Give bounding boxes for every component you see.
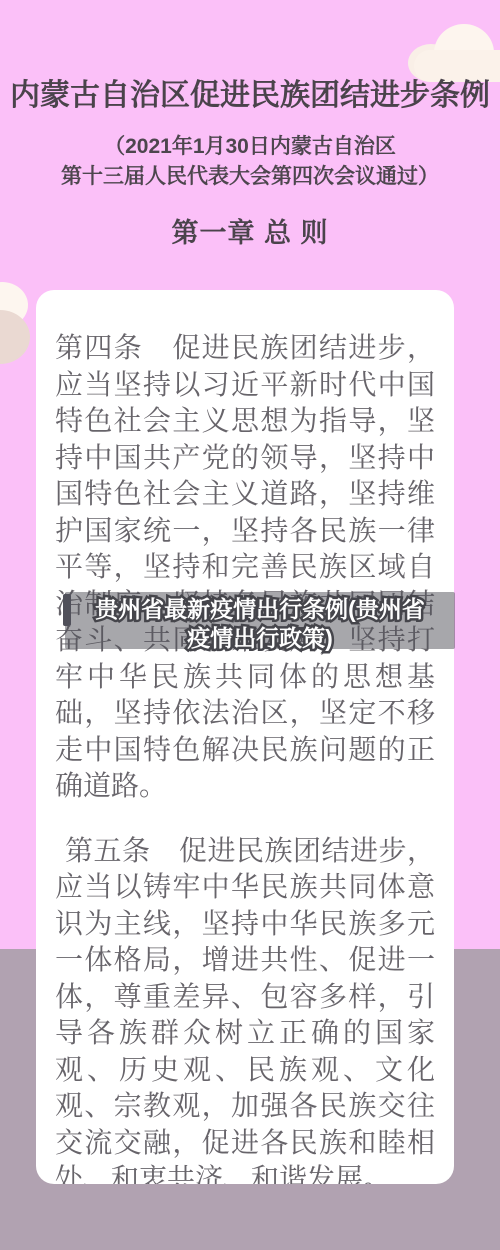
document-subtitle: （2021年1月30日内蒙古自治区 第十三届人民代表大会第四次会议通过） bbox=[0, 132, 500, 192]
cloud-puff bbox=[0, 310, 30, 364]
article-page: 内蒙古自治区促进民族团结进步条例 （2021年1月30日内蒙古自治区 第十三届人… bbox=[0, 0, 500, 1250]
article-paragraph: 第五条 促进民族团结进步，应当以铸牢中华民族共同体意识为主线，坚持中华民族多元一… bbox=[55, 833, 435, 1185]
bookmark-bar-icon bbox=[63, 594, 71, 626]
overlay-title: 贵州省最新疫情出行条例(贵州省疫情出行政策) 贵州省最新疫情出行条例(贵州省疫情… bbox=[84, 592, 436, 653]
chapter-heading: 第一章 总 则 bbox=[0, 211, 500, 250]
subtitle-line-2: 第十三届人民代表大会第四次会议通过） bbox=[0, 162, 500, 192]
article-paragraph: 第四条 促进民族团结进步，应当坚持以习近平新时代中国特色社会主义思想为指导，坚持… bbox=[55, 330, 435, 805]
document-title: 内蒙古自治区促进民族团结进步条例 bbox=[0, 70, 500, 114]
cloud-icon bbox=[0, 282, 40, 366]
overlay-title-band: 贵州省最新疫情出行条例(贵州省疫情出行政策) 贵州省最新疫情出行条例(贵州省疫情… bbox=[65, 592, 455, 649]
article-card: 第四条 促进民族团结进步，应当坚持以习近平新时代中国特色社会主义思想为指导，坚持… bbox=[36, 290, 454, 1184]
subtitle-line-1: （2021年1月30日内蒙古自治区 bbox=[0, 132, 500, 162]
